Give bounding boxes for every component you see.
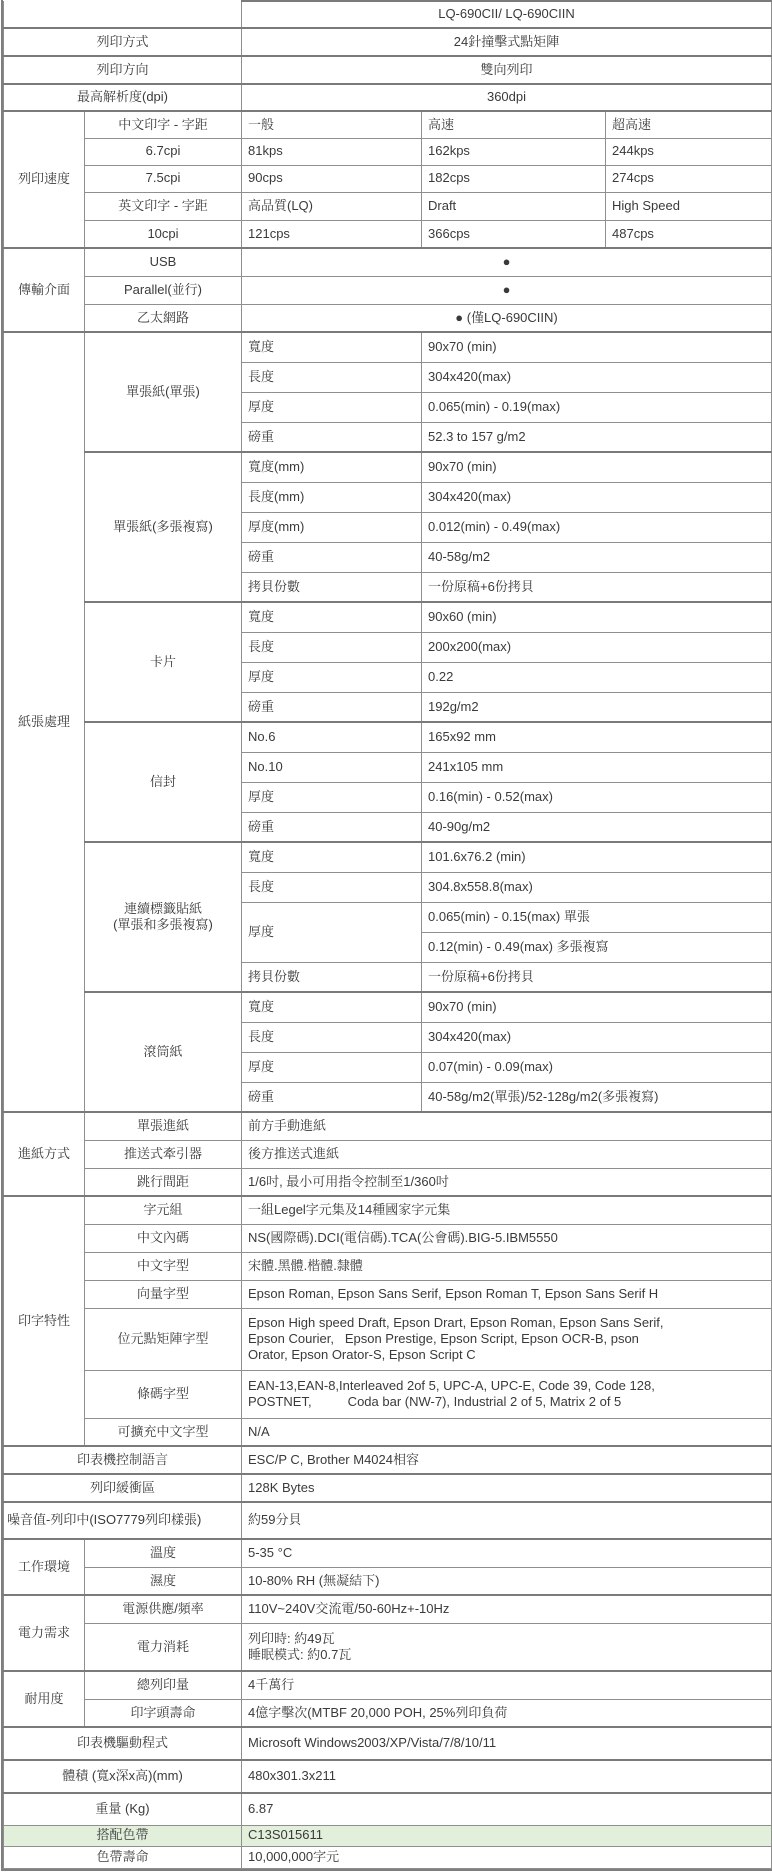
group-label-environment: 工作環境 bbox=[4, 1539, 85, 1595]
spec-label: 噪音值-列印中(ISO7779列印樣張) bbox=[4, 1502, 242, 1539]
spec-label: 體積 (寬x深x高)(mm) bbox=[4, 1760, 242, 1793]
table-row: 單張紙(多張複寫) 寬度(mm) 90x70 (min) bbox=[4, 452, 772, 482]
spec-value: 40-58g/m2(單張)/52-128g/m2(多張複寫) bbox=[422, 1082, 772, 1112]
spec-label: 磅重 bbox=[242, 692, 422, 722]
table-row: 紙張處理 單張紙(單張) 寬度 90x70 (min) bbox=[4, 332, 772, 362]
spec-label: USB bbox=[85, 248, 242, 276]
paper-type-label: 卡片 bbox=[85, 602, 242, 722]
spec-value: 1/6吋, 最小可用指令控制至1/360吋 bbox=[242, 1168, 772, 1196]
spec-value: 5-35 °C bbox=[242, 1539, 772, 1567]
spec-value: 90x70 (min) bbox=[422, 332, 772, 362]
spec-value: Microsoft Windows2003/XP/Vista/7/8/10/11 bbox=[242, 1727, 772, 1760]
spec-label: 6.7cpi bbox=[85, 138, 242, 165]
spec-label: 寬度(mm) bbox=[242, 452, 422, 482]
spec-value: 90cps bbox=[242, 165, 422, 192]
spec-label: 列印方式 bbox=[4, 28, 242, 56]
spec-value: 487cps bbox=[606, 220, 772, 248]
bullet-supported: ● (僅LQ-690CIIN) bbox=[242, 304, 772, 332]
group-label-paper-handling: 紙張處理 bbox=[4, 332, 85, 1112]
spec-value: 一般 bbox=[242, 111, 422, 138]
spec-label: 重量 (Kg) bbox=[4, 1793, 242, 1825]
spec-label: 可擴充中文字型 bbox=[85, 1418, 242, 1446]
spec-value: 90x70 (min) bbox=[422, 452, 772, 482]
spec-label: 搭配色帶 bbox=[4, 1825, 242, 1846]
spec-value: 10-80% RH (無凝結下) bbox=[242, 1567, 772, 1595]
table-row: 列印方式 24針撞擊式點矩陣 bbox=[4, 28, 772, 56]
table-row: 7.5cpi 90cps 182cps 274cps bbox=[4, 165, 772, 192]
spec-label: 拷貝份數 bbox=[242, 962, 422, 992]
spec-value: High Speed bbox=[606, 192, 772, 220]
spec-label: 英文印字 - 字距 bbox=[85, 192, 242, 220]
table-row: 印字特性 字元組 一組Legel字元集及14種國家字元集 bbox=[4, 1196, 772, 1224]
spec-label: 長度 bbox=[242, 1022, 422, 1052]
spec-label: 位元點矩陣字型 bbox=[85, 1308, 242, 1370]
spec-value: 52.3 to 157 g/m2 bbox=[422, 422, 772, 452]
group-label-interfaces: 傳輸介面 bbox=[4, 248, 85, 332]
spec-label: 列印緩衝區 bbox=[4, 1474, 242, 1502]
table-row: 可擴充中文字型 N/A bbox=[4, 1418, 772, 1446]
spec-value: 超高速 bbox=[606, 111, 772, 138]
spec-label: 寬度 bbox=[242, 842, 422, 872]
table-row: 電力消耗 列印時: 約49瓦 睡眠模式: 約0.7瓦 bbox=[4, 1623, 772, 1671]
spec-label: 單張進紙 bbox=[85, 1112, 242, 1140]
spec-label: 條碼字型 bbox=[85, 1370, 242, 1418]
spec-label: 中文印字 - 字距 bbox=[85, 111, 242, 138]
table-row: 英文印字 - 字距 高品質(LQ) Draft High Speed bbox=[4, 192, 772, 220]
blank-cell bbox=[4, 1, 242, 28]
spec-value: 0.22 bbox=[422, 662, 772, 692]
table-row: 推送式牽引器 後方推送式進紙 bbox=[4, 1140, 772, 1168]
spec-label: 電源供應/頻率 bbox=[85, 1595, 242, 1623]
spec-label: 寬度 bbox=[242, 602, 422, 632]
spec-label: 跳行間距 bbox=[85, 1168, 242, 1196]
spec-value: 121cps bbox=[242, 220, 422, 248]
spec-label: 厚度 bbox=[242, 782, 422, 812]
table-row: 卡片 寬度 90x60 (min) bbox=[4, 602, 772, 632]
spec-value: 雙向列印 bbox=[242, 56, 772, 84]
table-row: 中文字型 宋體.黑體.楷體.隸體 bbox=[4, 1252, 772, 1280]
paper-type-label: 信封 bbox=[85, 722, 242, 842]
spec-value: Epson Roman, Epson Sans Serif, Epson Rom… bbox=[242, 1280, 772, 1308]
spec-value: N/A bbox=[242, 1418, 772, 1446]
spec-table: LQ-690CII/ LQ-690CIIN 列印方式 24針撞擊式點矩陣 列印方… bbox=[3, 0, 772, 1869]
spec-label: 10cpi bbox=[85, 220, 242, 248]
paper-type-label: 滾筒紙 bbox=[85, 992, 242, 1112]
spec-value: 182cps bbox=[422, 165, 606, 192]
spec-value: 90x70 (min) bbox=[422, 992, 772, 1022]
spec-value: 0.12(min) - 0.49(max) 多張複寫 bbox=[422, 932, 772, 962]
table-row: 中文內碼 NS(國際碼).DCI(電信碼).TCA(公會碼).BIG-5.IBM… bbox=[4, 1224, 772, 1252]
table-row: 列印速度 中文印字 - 字距 一般 高速 超高速 bbox=[4, 111, 772, 138]
spec-label: 電力消耗 bbox=[85, 1623, 242, 1671]
table-row: 進紙方式 單張進紙 前方手動進紙 bbox=[4, 1112, 772, 1140]
spec-label: 中文內碼 bbox=[85, 1224, 242, 1252]
spec-label: 長度 bbox=[242, 632, 422, 662]
spec-value: 0.065(min) - 0.15(max) 單張 bbox=[422, 902, 772, 932]
table-row: 乙太網路 ● (僅LQ-690CIIN) bbox=[4, 304, 772, 332]
spec-label: 印表機控制語言 bbox=[4, 1446, 242, 1474]
spec-label: 厚度 bbox=[242, 902, 422, 962]
table-row: 10cpi 121cps 366cps 487cps bbox=[4, 220, 772, 248]
spec-value: 162kps bbox=[422, 138, 606, 165]
spec-label: 中文字型 bbox=[85, 1252, 242, 1280]
spec-label: 磅重 bbox=[242, 422, 422, 452]
spec-value: 304.8x558.8(max) bbox=[422, 872, 772, 902]
table-row: 最高解析度(dpi) 360dpi bbox=[4, 84, 772, 111]
spec-label: 厚度(mm) bbox=[242, 512, 422, 542]
table-row: 印表機驅動程式 Microsoft Windows2003/XP/Vista/7… bbox=[4, 1727, 772, 1760]
spec-value: 81kps bbox=[242, 138, 422, 165]
spec-value: 366cps bbox=[422, 220, 606, 248]
paper-type-label: 連續標籤貼紙 (單張和多張複寫) bbox=[85, 842, 242, 992]
spec-value: Epson High speed Draft, Epson Drart, Eps… bbox=[242, 1308, 772, 1370]
spec-value: 0.16(min) - 0.52(max) bbox=[422, 782, 772, 812]
table-row: 工作環境 溫度 5-35 °C bbox=[4, 1539, 772, 1567]
spec-label: 磅重 bbox=[242, 1082, 422, 1112]
spec-value: 101.6x76.2 (min) bbox=[422, 842, 772, 872]
spec-label: 厚度 bbox=[242, 662, 422, 692]
spec-value: 一組Legel字元集及14種國家字元集 bbox=[242, 1196, 772, 1224]
spec-value: 4千萬行 bbox=[242, 1671, 772, 1699]
spec-sheet: LQ-690CII/ LQ-690CIIN 列印方式 24針撞擊式點矩陣 列印方… bbox=[1, 0, 772, 1871]
spec-label: 長度 bbox=[242, 362, 422, 392]
spec-label: 推送式牽引器 bbox=[85, 1140, 242, 1168]
table-row: 連續標籤貼紙 (單張和多張複寫) 寬度 101.6x76.2 (min) bbox=[4, 842, 772, 872]
spec-value: 165x92 mm bbox=[422, 722, 772, 752]
spec-label: No.10 bbox=[242, 752, 422, 782]
table-row: 6.7cpi 81kps 162kps 244kps bbox=[4, 138, 772, 165]
spec-value: 40-90g/m2 bbox=[422, 812, 772, 842]
spec-value: 列印時: 約49瓦 睡眠模式: 約0.7瓦 bbox=[242, 1623, 772, 1671]
spec-label: 向量字型 bbox=[85, 1280, 242, 1308]
spec-value: 244kps bbox=[606, 138, 772, 165]
table-row: 傳輸介面 USB ● bbox=[4, 248, 772, 276]
spec-value: 128K Bytes bbox=[242, 1474, 772, 1502]
group-label-paper-feed: 進紙方式 bbox=[4, 1112, 85, 1196]
spec-label: 乙太網路 bbox=[85, 304, 242, 332]
paper-type-label: 單張紙(單張) bbox=[85, 332, 242, 452]
table-row highlighted-row: 搭配色帶 C13S015611 bbox=[4, 1825, 772, 1846]
spec-value: 200x200(max) bbox=[422, 632, 772, 662]
table-row: 電力需求 電源供應/頻率 110V~240V交流電/50-60Hz+-10Hz bbox=[4, 1595, 772, 1623]
spec-value: 40-58g/m2 bbox=[422, 542, 772, 572]
spec-label: 厚度 bbox=[242, 392, 422, 422]
spec-value: 304x420(max) bbox=[422, 1022, 772, 1052]
spec-value: 4億字擊次(MTBF 20,000 POH, 25%列印負荷 bbox=[242, 1699, 772, 1727]
spec-label: 總列印量 bbox=[85, 1671, 242, 1699]
spec-label: 印字頭壽命 bbox=[85, 1699, 242, 1727]
spec-label: 7.5cpi bbox=[85, 165, 242, 192]
spec-label: 寬度 bbox=[242, 332, 422, 362]
spec-label: 長度(mm) bbox=[242, 482, 422, 512]
spec-value: 304x420(max) bbox=[422, 482, 772, 512]
spec-value: 480x301.3x211 bbox=[242, 1760, 772, 1793]
spec-value: 高速 bbox=[422, 111, 606, 138]
spec-label: 溫度 bbox=[85, 1539, 242, 1567]
spec-label: 長度 bbox=[242, 872, 422, 902]
table-row: 滾筒紙 寬度 90x70 (min) bbox=[4, 992, 772, 1022]
spec-value: Draft bbox=[422, 192, 606, 220]
spec-value: 一份原稿+6份拷貝 bbox=[422, 962, 772, 992]
spec-label: 色帶壽命 bbox=[4, 1846, 242, 1868]
table-row: 跳行間距 1/6吋, 最小可用指令控制至1/360吋 bbox=[4, 1168, 772, 1196]
model-header: LQ-690CII/ LQ-690CIIN bbox=[242, 1, 772, 28]
spec-value: 一份原稿+6份拷貝 bbox=[422, 572, 772, 602]
spec-label: No.6 bbox=[242, 722, 422, 752]
table-row: 向量字型 Epson Roman, Epson Sans Serif, Epso… bbox=[4, 1280, 772, 1308]
spec-value: 241x105 mm bbox=[422, 752, 772, 782]
spec-label: 印表機驅動程式 bbox=[4, 1727, 242, 1760]
table-row: Parallel(並行) ● bbox=[4, 276, 772, 304]
spec-label: 厚度 bbox=[242, 1052, 422, 1082]
spec-value: 110V~240V交流電/50-60Hz+-10Hz bbox=[242, 1595, 772, 1623]
spec-value: 後方推送式進紙 bbox=[242, 1140, 772, 1168]
spec-value: 高品質(LQ) bbox=[242, 192, 422, 220]
group-label-power: 電力需求 bbox=[4, 1595, 85, 1671]
spec-value: EAN-13,EAN-8,Interleaved 2of 5, UPC-A, U… bbox=[242, 1370, 772, 1418]
table-row: 印表機控制語言 ESC/P C, Brother M4024相容 bbox=[4, 1446, 772, 1474]
spec-value: C13S015611 bbox=[242, 1825, 772, 1846]
table-row: 重量 (Kg) 6.87 bbox=[4, 1793, 772, 1825]
spec-label: Parallel(並行) bbox=[85, 276, 242, 304]
bullet-supported: ● bbox=[242, 276, 772, 304]
table-row: 體積 (寬x深x高)(mm) 480x301.3x211 bbox=[4, 1760, 772, 1793]
spec-value: 274cps bbox=[606, 165, 772, 192]
bullet-supported: ● bbox=[242, 248, 772, 276]
table-row: 印字頭壽命 4億字擊次(MTBF 20,000 POH, 25%列印負荷 bbox=[4, 1699, 772, 1727]
spec-value: 0.07(min) - 0.09(max) bbox=[422, 1052, 772, 1082]
table-row: LQ-690CII/ LQ-690CIIN bbox=[4, 1, 772, 28]
table-row: 列印方向 雙向列印 bbox=[4, 56, 772, 84]
spec-label: 磅重 bbox=[242, 812, 422, 842]
spec-value: 宋體.黑體.楷體.隸體 bbox=[242, 1252, 772, 1280]
spec-value: 前方手動進紙 bbox=[242, 1112, 772, 1140]
spec-value: 0.012(min) - 0.49(max) bbox=[422, 512, 772, 542]
spec-value: NS(國際碼).DCI(電信碼).TCA(公會碼).BIG-5.IBM5550 bbox=[242, 1224, 772, 1252]
table-row: 濕度 10-80% RH (無凝結下) bbox=[4, 1567, 772, 1595]
spec-label: 寬度 bbox=[242, 992, 422, 1022]
group-label-print-speed: 列印速度 bbox=[4, 111, 85, 248]
table-row: 列印緩衝區 128K Bytes bbox=[4, 1474, 772, 1502]
spec-value: 360dpi bbox=[242, 84, 772, 111]
spec-value: 約59分貝 bbox=[242, 1502, 772, 1539]
table-row: 條碼字型 EAN-13,EAN-8,Interleaved 2of 5, UPC… bbox=[4, 1370, 772, 1418]
paper-type-label: 單張紙(多張複寫) bbox=[85, 452, 242, 602]
spec-value: 0.065(min) - 0.19(max) bbox=[422, 392, 772, 422]
spec-value: 6.87 bbox=[242, 1793, 772, 1825]
table-row: 噪音值-列印中(ISO7779列印樣張) 約59分貝 bbox=[4, 1502, 772, 1539]
spec-value: 304x420(max) bbox=[422, 362, 772, 392]
spec-label: 最高解析度(dpi) bbox=[4, 84, 242, 111]
spec-value: 10,000,000字元 bbox=[242, 1846, 772, 1868]
spec-value: 24針撞擊式點矩陣 bbox=[242, 28, 772, 56]
table-row: 色帶壽命 10,000,000字元 bbox=[4, 1846, 772, 1868]
spec-label: 字元組 bbox=[85, 1196, 242, 1224]
table-row: 位元點矩陣字型 Epson High speed Draft, Epson Dr… bbox=[4, 1308, 772, 1370]
group-label-durability: 耐用度 bbox=[4, 1671, 85, 1727]
spec-label: 拷貝份數 bbox=[242, 572, 422, 602]
table-row: 信封 No.6 165x92 mm bbox=[4, 722, 772, 752]
spec-label: 磅重 bbox=[242, 542, 422, 572]
spec-value: ESC/P C, Brother M4024相容 bbox=[242, 1446, 772, 1474]
group-label-print-features: 印字特性 bbox=[4, 1196, 85, 1446]
spec-label: 列印方向 bbox=[4, 56, 242, 84]
spec-value: 192g/m2 bbox=[422, 692, 772, 722]
spec-value: 90x60 (min) bbox=[422, 602, 772, 632]
spec-label: 濕度 bbox=[85, 1567, 242, 1595]
table-row: 耐用度 總列印量 4千萬行 bbox=[4, 1671, 772, 1699]
